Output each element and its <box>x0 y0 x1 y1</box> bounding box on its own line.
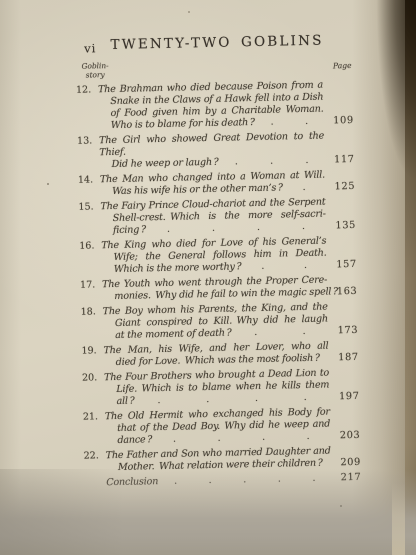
entry-line-text: Was his wife his or the other man’s ? <box>112 182 283 198</box>
entry-number: 20. <box>82 372 97 384</box>
entry-line-text: all ? <box>116 396 134 408</box>
paper-speck <box>340 505 342 507</box>
entry-text: The Man, his Wife, and her Lover, who al… <box>103 341 328 370</box>
toc-entry: 17. The Youth who went through the Prope… <box>80 274 357 304</box>
toc-entry: 14. The Man who changed into a Woman at … <box>78 169 355 199</box>
toc-entry: 15. The Fairy Prince Cloud-chariot and t… <box>78 196 356 238</box>
entry-line-text: Conclusion <box>106 476 158 489</box>
dot-leaders: .. <box>241 260 327 274</box>
entry-text: The Old Hermit who exchanged his Body fo… <box>105 406 331 447</box>
entry-number: 19. <box>81 345 96 357</box>
dot-leaders: .. <box>255 116 324 129</box>
toc-list: 12. The Brahman who died because Poison … <box>76 79 361 493</box>
column-header-goblin-story-line2: story <box>82 71 109 80</box>
toc-entry: 22. The Father and Son who married Daugh… <box>84 445 361 475</box>
entry-text: Conclusion..... <box>106 472 331 489</box>
toc-entry: 20. The Four Brothers who brought a Dead… <box>82 367 360 409</box>
entry-page-number: 163 <box>327 286 357 299</box>
paper-speck <box>47 183 49 185</box>
entry-number: 21. <box>83 411 98 423</box>
entry-page-number: 135 <box>326 220 356 233</box>
entry-line-text: at the moment of death ? <box>115 328 232 342</box>
column-header-goblin-story: Goblin- story <box>81 62 108 80</box>
toc-entry: 12. The Brahman who died because Poison … <box>76 79 354 133</box>
folio-number: vi <box>84 41 96 55</box>
entry-line: Conclusion..... <box>106 472 331 489</box>
toc-entry: 18. The Boy whom his Parents, the King, … <box>81 301 359 343</box>
entry-number: 17. <box>80 279 95 291</box>
entry-page-number: 157 <box>327 259 357 272</box>
entry-text: The Four Brothers who brought a Dead Lio… <box>104 368 330 409</box>
entry-page-number: 217 <box>331 472 361 485</box>
entry-page-number: 187 <box>329 352 359 365</box>
entry-number: 15. <box>78 201 93 213</box>
dot-leaders: ... <box>218 155 324 169</box>
dot-leaders: .. <box>231 326 328 340</box>
dot-leaders: ..... <box>158 472 331 488</box>
entry-text: The Father and Son who married Daughter … <box>106 445 331 474</box>
entry-number: 14. <box>78 174 93 186</box>
entry-number: 16. <box>79 240 94 252</box>
toc-entry: 19. The Man, his Wife, and her Lover, wh… <box>81 340 358 370</box>
dot-leaders: .... <box>146 221 326 237</box>
dot-leaders: .... <box>152 430 330 446</box>
entry-line-text: ficing ? <box>113 224 146 237</box>
entry-text: The Boy whom his Parents, the King, and … <box>103 302 329 343</box>
toc-entry: 16. The King who died for Love of his Ge… <box>79 235 357 277</box>
entry-number: 12. <box>76 84 91 96</box>
entry-text: The Girl who showed Great Devotion to th… <box>99 131 325 172</box>
entry-number: 22. <box>84 450 99 462</box>
entry-page-number: 209 <box>331 457 361 470</box>
entry-number: 18. <box>81 306 96 318</box>
page-title: TWENTY-TWO GOBLINS <box>109 33 325 54</box>
column-header-page: Page <box>326 61 352 71</box>
entry-page-number: 203 <box>330 430 360 443</box>
entry-text: The Youth who went through the Proper Ce… <box>102 275 327 304</box>
dot-leaders: . <box>283 182 326 195</box>
entry-text: The King who died for Love of his Genera… <box>101 236 327 277</box>
toc-entry: 21. The Old Hermit who exchanged his Bod… <box>83 406 361 448</box>
book-page-content: vi TWENTY-TWO GOBLINS Goblin- story Page… <box>0 0 416 555</box>
entry-text: The Brahman who died because Poison from… <box>98 80 324 133</box>
entry-line-text: Which is the more worthy ? <box>114 261 242 276</box>
entry-page-number: 117 <box>324 154 354 167</box>
entry-text: The Man who changed into a Woman at Will… <box>100 170 325 199</box>
entry-page-number: 125 <box>325 181 355 194</box>
entry-page-number: 109 <box>324 115 354 128</box>
book-photo: vi TWENTY-TWO GOBLINS Goblin- story Page… <box>0 0 416 555</box>
entry-number: 13. <box>77 135 92 147</box>
entry-page-number: 173 <box>328 325 358 338</box>
entry-line-text: Who is to blame for his death ? <box>111 117 255 132</box>
toc-entry: Conclusion..... 217 <box>84 472 361 490</box>
entry-page-number: 197 <box>329 391 359 404</box>
entry-text: The Fairy Prince Cloud-chariot and the S… <box>100 197 326 238</box>
entry-line-text: dance ? <box>117 434 152 447</box>
entry-line-text: Did he weep or laugh ? <box>111 157 218 171</box>
toc-entry: 13. The Girl who showed Great Devotion t… <box>77 130 355 172</box>
paper-speck <box>188 11 190 13</box>
